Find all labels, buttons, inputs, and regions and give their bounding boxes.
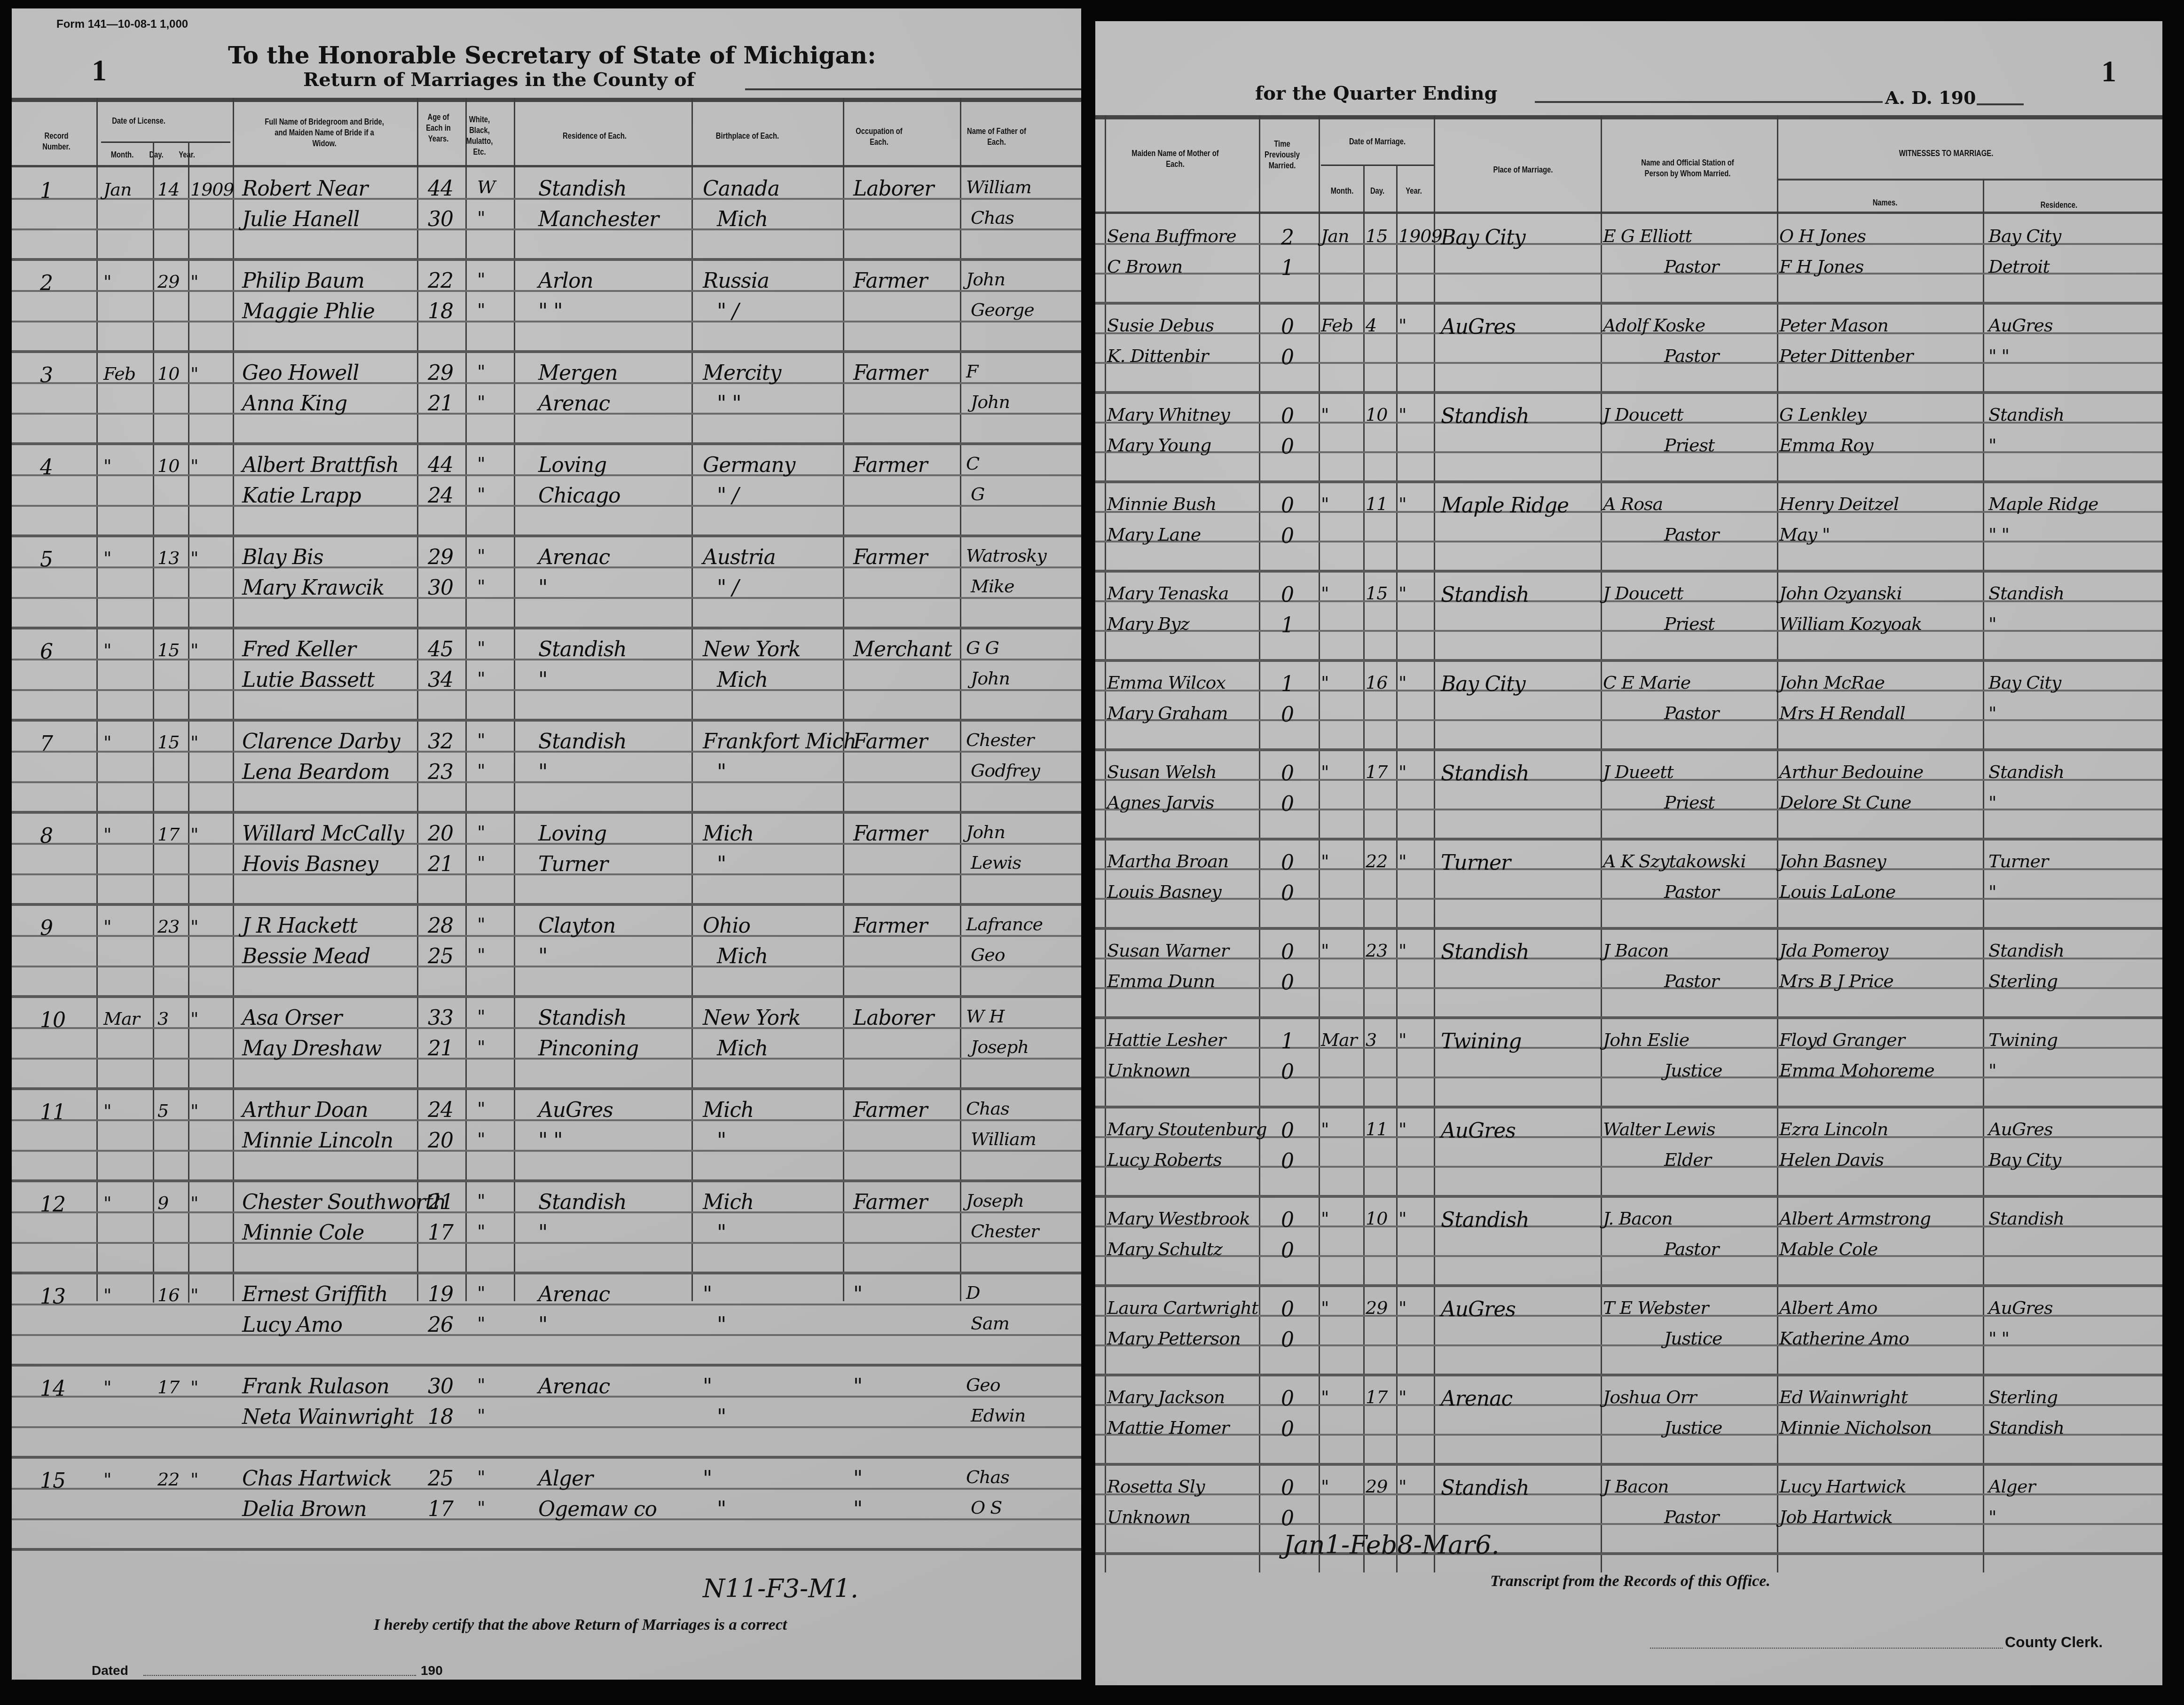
bride-residence: " — [538, 760, 547, 784]
col-year: Year. — [177, 149, 197, 160]
license-month: " — [103, 1377, 111, 1398]
license-day: 9 — [157, 1193, 168, 1213]
bride-color: " — [477, 392, 485, 412]
license-day: 22 — [157, 1469, 179, 1490]
license-month: " — [103, 916, 111, 937]
groom-father: W H — [966, 1006, 1004, 1027]
license-year: " — [190, 640, 198, 660]
bride-residence: " " — [538, 1129, 562, 1153]
license-year: " — [190, 1008, 198, 1029]
record-number: 5 — [40, 548, 53, 572]
witness-1-name: John McRae — [1779, 672, 1885, 693]
marriage-day: 4 — [1366, 315, 1376, 336]
marriage-year: " — [1398, 1208, 1406, 1229]
bride-birthplace: " / — [717, 484, 738, 508]
groom-birthplace: New York — [703, 637, 801, 661]
col-occupation: Occupation of Each. — [848, 126, 911, 148]
groom-name: Clarence Darby — [242, 730, 400, 754]
groom-name: Ernest Griffith — [242, 1282, 388, 1306]
marriage-month: Jan — [1321, 226, 1349, 246]
groom-name: J R Hackett — [242, 914, 357, 938]
form-number: Form 141—10-08-1 1,000 — [56, 18, 188, 31]
witness-2-name: Minnie Nicholson — [1779, 1417, 1932, 1438]
groom-mother: Mary Jackson — [1107, 1387, 1225, 1407]
groom-residence: Loving — [538, 453, 606, 477]
groom-age: 21 — [428, 1190, 453, 1214]
bride-name: Hovis Basney — [242, 852, 378, 876]
col-date-of-marriage: Date of Marriage. — [1333, 136, 1421, 147]
groom-times-married: 0 — [1281, 762, 1294, 786]
marriage-day: 3 — [1366, 1029, 1376, 1050]
bride-birthplace: " — [717, 1129, 726, 1153]
officiant-station: Pastor — [1664, 524, 1719, 545]
ad-label: A. D. 190 — [1885, 87, 1976, 108]
groom-name: Blay Bis — [242, 545, 323, 569]
marriage-day: 22 — [1366, 851, 1387, 872]
license-year: " — [190, 271, 198, 292]
bride-birthplace: Mich — [717, 944, 768, 968]
bride-father: Chas — [971, 207, 1014, 228]
license-year: " — [190, 548, 198, 568]
marriage-month: " — [1321, 1208, 1328, 1229]
bride-residence: " — [538, 944, 547, 968]
page-number-right: 1 — [2101, 54, 2116, 89]
bride-color: " — [477, 1037, 485, 1057]
bride-residence: " — [538, 1313, 547, 1337]
witness-2-name: Job Hartwick — [1779, 1507, 1893, 1527]
license-month: " — [103, 824, 111, 845]
groom-times-married: 0 — [1281, 1119, 1294, 1143]
groom-father: John — [966, 822, 1005, 842]
marriage-month: " — [1321, 851, 1328, 872]
groom-residence: Standish — [538, 177, 627, 201]
witness-2-residence: " — [1988, 792, 1996, 813]
bride-times-married: 0 — [1281, 881, 1294, 905]
officiant-station: Pastor — [1664, 1239, 1719, 1259]
groom-birthplace: " — [703, 1375, 712, 1399]
groom-times-married: 0 — [1281, 940, 1294, 964]
bride-mother: Lucy Roberts — [1107, 1149, 1222, 1170]
page-subtitle: Return of Marriages in the County of — [303, 69, 695, 91]
page-number: 1 — [92, 53, 107, 88]
bride-age: 24 — [428, 484, 453, 508]
witness-1-name: Peter Mason — [1779, 315, 1888, 336]
quarter-ending-title: for the Quarter Ending — [1255, 82, 1497, 104]
groom-name: Asa Orser — [242, 1006, 342, 1030]
marriage-year: " — [1398, 1119, 1406, 1139]
bride-name: Julie Hanell — [242, 207, 359, 231]
bride-times-married: 0 — [1281, 703, 1294, 727]
bride-name: Mary Krawcik — [242, 576, 384, 600]
groom-birthplace: " — [703, 1467, 712, 1491]
bride-mother: Unknown — [1107, 1507, 1190, 1527]
officiant-station: Priest — [1664, 792, 1714, 813]
bride-father: Joseph — [971, 1037, 1029, 1057]
license-day: 13 — [157, 548, 179, 568]
record-number: 10 — [40, 1008, 65, 1032]
groom-residence: Alger — [538, 1467, 593, 1491]
groom-occupation: Merchant — [853, 637, 951, 661]
col-residence: Residence of Each. — [543, 131, 646, 141]
bride-color: " — [477, 1405, 485, 1426]
bride-father: Lewis — [971, 852, 1021, 873]
bride-residence: Pinconing — [538, 1037, 638, 1061]
witness-2-residence: " " — [1988, 524, 2009, 545]
license-year: " — [190, 732, 198, 753]
bride-color: " — [477, 1221, 485, 1241]
groom-mother: Rosetta Sly — [1107, 1476, 1204, 1497]
witness-1-name: Ed Wainwright — [1779, 1387, 1908, 1407]
witness-1-residence: AuGres — [1988, 315, 2052, 336]
marriage-place: Bay City — [1441, 226, 1525, 250]
bride-times-married: 0 — [1281, 1239, 1294, 1263]
bride-residence: Chicago — [538, 484, 621, 508]
bride-residence: " — [538, 576, 547, 600]
col-marriage-day: Day. — [1367, 186, 1389, 196]
bride-times-married: 0 — [1281, 971, 1294, 995]
marriage-day: 11 — [1366, 1119, 1387, 1139]
groom-age: 25 — [428, 1467, 453, 1491]
marriage-month: " — [1321, 583, 1328, 604]
license-year: " — [190, 1285, 198, 1305]
marriage-year: 1909 — [1398, 226, 1442, 246]
marriage-year: " — [1398, 1387, 1406, 1407]
officiant-name: T E Webster — [1603, 1297, 1708, 1318]
col-date-of-license: Date of License. — [102, 116, 175, 126]
groom-residence: Arenac — [538, 1282, 610, 1306]
groom-residence: Loving — [538, 822, 606, 846]
groom-birthplace: Frankfort Mich — [703, 730, 856, 754]
witness-2-name: F H Jones — [1779, 256, 1863, 277]
groom-occupation: " — [853, 1282, 862, 1306]
marriage-month: " — [1321, 1297, 1328, 1318]
groom-father: William — [966, 177, 1031, 197]
col-birthplace: Birthplace of Each. — [702, 131, 793, 141]
bride-color: " — [477, 852, 485, 873]
bride-color: " — [477, 299, 485, 320]
groom-residence: Arlon — [538, 269, 593, 293]
groom-color: " — [477, 453, 485, 474]
witness-1-name: Floyd Granger — [1779, 1029, 1905, 1050]
license-month: " — [103, 548, 111, 568]
groom-times-married: 0 — [1281, 1476, 1294, 1500]
license-month: Jan — [103, 179, 131, 200]
bride-mother: Mary Young — [1107, 435, 1211, 456]
record-number: 14 — [40, 1377, 65, 1401]
groom-color: " — [477, 637, 485, 658]
bride-age: 26 — [428, 1313, 453, 1337]
groom-age: 29 — [428, 545, 453, 569]
groom-father: Chas — [966, 1098, 1009, 1119]
bride-father: Edwin — [971, 1405, 1025, 1426]
bride-residence: " — [538, 1221, 547, 1245]
bride-times-married: 0 — [1281, 435, 1294, 459]
license-day: 29 — [157, 271, 179, 292]
groom-color: " — [477, 269, 485, 290]
marriage-place: Standish — [1441, 404, 1529, 428]
bride-birthplace: " / — [717, 299, 738, 323]
bride-age: 30 — [428, 576, 453, 600]
marriage-place: Standish — [1441, 940, 1529, 964]
bride-age: 23 — [428, 760, 453, 784]
col-marriage-year: Year. — [1400, 186, 1428, 196]
groom-name: Philip Baum — [242, 269, 364, 293]
marriage-place: Maple Ridge — [1441, 494, 1569, 518]
groom-occupation: Farmer — [853, 914, 927, 938]
groom-age: 44 — [428, 453, 453, 477]
groom-name: Frank Rulason — [242, 1375, 389, 1399]
license-month: " — [103, 456, 111, 476]
groom-occupation: Farmer — [853, 730, 927, 754]
marriage-month: " — [1321, 1476, 1328, 1497]
bride-birthplace: " — [717, 1221, 726, 1245]
marriage-year: " — [1398, 1297, 1406, 1318]
bride-mother: Mary Petterson — [1107, 1328, 1241, 1349]
groom-residence: Arenac — [538, 545, 610, 569]
bride-name: Minnie Cole — [242, 1221, 364, 1245]
groom-times-married: 0 — [1281, 315, 1294, 339]
bride-color: " — [477, 1313, 485, 1334]
groom-times-married: 1 — [1281, 672, 1294, 696]
groom-age: 33 — [428, 1006, 453, 1030]
marriage-place: Twining — [1441, 1029, 1521, 1053]
marriage-year: " — [1398, 762, 1406, 782]
marriage-day: 17 — [1366, 1387, 1387, 1407]
bride-times-married: 0 — [1281, 1060, 1294, 1084]
groom-times-married: 0 — [1281, 404, 1294, 428]
witness-1-residence: Alger — [1988, 1476, 2035, 1497]
officiant-name: John Eslie — [1603, 1029, 1689, 1050]
marriage-day: 29 — [1366, 1476, 1387, 1497]
left-annotation: N11-F3-M1. — [703, 1574, 858, 1603]
marriage-year: " — [1398, 583, 1406, 604]
groom-father: Chas — [966, 1467, 1009, 1487]
marriage-day: 16 — [1366, 672, 1387, 693]
groom-mother: Hattie Lesher — [1107, 1029, 1226, 1050]
witness-1-residence: Standish — [1988, 762, 2064, 782]
witness-1-residence: Turner — [1988, 851, 2048, 872]
groom-times-married: 0 — [1281, 583, 1294, 607]
groom-mother: Susie Debus — [1107, 315, 1214, 336]
marriage-place: Bay City — [1441, 672, 1525, 696]
groom-occupation: Farmer — [853, 1098, 927, 1122]
record-number: 9 — [40, 916, 53, 940]
marriage-place: Standish — [1441, 762, 1529, 786]
officiant-station: Priest — [1664, 435, 1714, 456]
bride-age: 21 — [428, 392, 453, 416]
groom-occupation: Laborer — [853, 177, 934, 201]
groom-mother: Mary Westbrook — [1107, 1208, 1250, 1229]
groom-mother: Emma Wilcox — [1107, 672, 1226, 693]
bride-residence: Manchester — [538, 207, 659, 231]
license-month: " — [103, 1285, 111, 1305]
bride-name: Lutie Bassett — [242, 668, 374, 692]
bride-mother: Mattie Homer — [1107, 1417, 1229, 1438]
officiant-name: C E Marie — [1603, 672, 1690, 693]
license-year: " — [190, 363, 198, 384]
license-month: " — [103, 732, 111, 753]
officiant-name: A Rosa — [1603, 494, 1663, 514]
groom-mother: Sena Buffmore — [1107, 226, 1236, 246]
witness-2-residence: " — [1988, 703, 1996, 723]
groom-color: " — [477, 1098, 485, 1119]
groom-color: " — [477, 1006, 485, 1027]
bride-age: 18 — [428, 299, 453, 323]
groom-father: Watrosky — [966, 545, 1046, 566]
col-father: Name of Father of Each. — [966, 126, 1028, 148]
witness-1-name: Jda Pomeroy — [1779, 940, 1888, 961]
col-mother: Maiden Name of Mother of Each. — [1124, 148, 1226, 170]
officiant-name: J. Bacon — [1603, 1208, 1673, 1229]
groom-times-married: 0 — [1281, 1297, 1294, 1321]
officiant-station: Priest — [1664, 613, 1714, 634]
groom-residence: Clayton — [538, 914, 615, 938]
col-officiant: Name and Official Station of Person by W… — [1629, 157, 1746, 179]
witness-1-residence: AuGres — [1988, 1297, 2052, 1318]
officiant-name: J Doucett — [1603, 583, 1683, 604]
bride-name: Lucy Amo — [242, 1313, 342, 1337]
groom-age: 19 — [428, 1282, 453, 1306]
license-day: 23 — [157, 916, 179, 937]
bride-name: Anna King — [242, 392, 347, 416]
groom-birthplace: Mich — [703, 1098, 754, 1122]
witness-2-residence: " " — [1988, 346, 2009, 366]
witness-1-residence: Standish — [1988, 940, 2064, 961]
bride-age: 18 — [428, 1405, 453, 1429]
bride-mother: Unknown — [1107, 1060, 1190, 1081]
bride-birthplace: Mich — [717, 1037, 768, 1061]
groom-residence: Standish — [538, 1190, 627, 1214]
bride-mother: Louis Basney — [1107, 881, 1221, 902]
witness-1-name: Henry Deitzel — [1779, 494, 1899, 514]
groom-birthplace: Germany — [703, 453, 795, 477]
bride-name: Neta Wainwright — [242, 1405, 413, 1429]
witness-1-residence: Sterling — [1988, 1387, 2058, 1407]
license-year: " — [190, 1469, 198, 1490]
witness-2-residence: Bay City — [1988, 1149, 2061, 1170]
bride-mother: K. Dittenbir — [1107, 346, 1208, 366]
groom-residence: Arenac — [538, 1375, 610, 1399]
groom-father: Geo — [966, 1375, 1000, 1395]
groom-color: " — [477, 361, 485, 382]
witness-2-name: Katherine Amo — [1779, 1328, 1909, 1349]
officiant-station: Pastor — [1664, 971, 1719, 991]
license-day: 17 — [157, 1377, 179, 1398]
record-number: 12 — [40, 1193, 65, 1217]
col-color: White, Black, Mulatto, Etc. — [465, 114, 494, 157]
license-year: " — [190, 824, 198, 845]
groom-father: Chester — [966, 730, 1034, 750]
marriage-year: " — [1398, 851, 1406, 872]
groom-father: G G — [966, 637, 999, 658]
witness-2-residence: " — [1988, 1060, 1996, 1081]
bride-residence: " " — [538, 299, 562, 323]
officiant-station: Justice — [1664, 1328, 1722, 1349]
certify-text: I hereby certify that the above Return o… — [374, 1616, 787, 1634]
record-number: 2 — [40, 271, 53, 295]
officiant-station: Pastor — [1664, 256, 1719, 277]
record-number: 13 — [40, 1285, 65, 1309]
col-times-married: Time Previously Married. — [1263, 139, 1302, 171]
marriage-year: " — [1398, 1476, 1406, 1497]
groom-color: " — [477, 1467, 485, 1487]
witness-2-name: May " — [1779, 524, 1830, 545]
groom-color: " — [477, 822, 485, 842]
bride-times-married: 1 — [1281, 613, 1294, 637]
right-annotation: Jan1-Feb8-Mar6. — [1283, 1530, 1500, 1560]
header-rule — [12, 98, 1081, 102]
groom-color: " — [477, 545, 485, 566]
bride-mother: Mary Byz — [1107, 613, 1189, 634]
groom-occupation: Farmer — [853, 453, 927, 477]
witness-2-residence: " " — [1988, 1328, 2009, 1349]
groom-birthplace: Mich — [703, 1190, 754, 1214]
witness-1-name: O H Jones — [1779, 226, 1866, 246]
witness-2-name: Peter Dittenber — [1779, 346, 1913, 366]
groom-father: F — [966, 361, 978, 382]
groom-age: 24 — [428, 1098, 453, 1122]
bride-name: Katie Lrapp — [242, 484, 361, 508]
license-month: " — [103, 1100, 111, 1121]
groom-mother: Laura Cartwright — [1107, 1297, 1258, 1318]
officiant-name: J Bacon — [1603, 1476, 1669, 1497]
bride-residence: Turner — [538, 852, 608, 876]
license-year: " — [190, 1377, 198, 1398]
bride-birthplace: " " — [717, 392, 741, 416]
col-witness-residence: Residence. — [2015, 200, 2103, 211]
groom-father: Joseph — [966, 1190, 1024, 1211]
bride-name: Minnie Lincoln — [242, 1129, 393, 1153]
bride-father: John — [971, 668, 1010, 689]
bride-father: William — [971, 1129, 1036, 1149]
dated-label: Dated — [92, 1663, 128, 1678]
license-month: " — [103, 1193, 111, 1213]
marriage-place: Standish — [1441, 583, 1529, 607]
license-year: " — [190, 456, 198, 476]
witness-1-name: Albert Amo — [1779, 1297, 1877, 1318]
groom-age: 29 — [428, 361, 453, 385]
groom-times-married: 1 — [1281, 1029, 1294, 1053]
witness-2-name: Delore St Cune — [1779, 792, 1911, 813]
bride-age: 30 — [428, 207, 453, 231]
license-day: 5 — [157, 1100, 168, 1121]
groom-age: 44 — [428, 177, 453, 201]
witness-2-residence: " — [1988, 613, 1996, 634]
bride-father: G — [971, 484, 984, 504]
groom-color: " — [477, 1282, 485, 1303]
bride-father: Godfrey — [971, 760, 1040, 781]
groom-birthplace: " — [703, 1282, 712, 1306]
marriage-place: Standish — [1441, 1208, 1529, 1232]
officiant-name: J Bacon — [1603, 940, 1669, 961]
bride-mother: Agnes Jarvis — [1107, 792, 1214, 813]
officiant-name: A K Szytakowski — [1603, 851, 1746, 872]
marriage-place: AuGres — [1441, 1119, 1516, 1143]
officiant-station: Justice — [1664, 1060, 1722, 1081]
license-year: " — [190, 1193, 198, 1213]
groom-name: Arthur Doan — [242, 1098, 368, 1122]
bride-birthplace: " — [717, 1313, 726, 1337]
witness-2-name: Mrs B J Price — [1779, 971, 1893, 991]
marriage-day: 17 — [1366, 762, 1387, 782]
witness-2-name: Helen Davis — [1779, 1149, 1884, 1170]
bride-age: 25 — [428, 944, 453, 968]
officiant-name: E G Elliott — [1603, 226, 1692, 246]
marriage-year: " — [1398, 1029, 1406, 1050]
witness-1-residence: Standish — [1988, 583, 2064, 604]
county-clerk-label: County Clerk. — [2005, 1634, 2103, 1651]
bride-color: " — [477, 576, 485, 597]
